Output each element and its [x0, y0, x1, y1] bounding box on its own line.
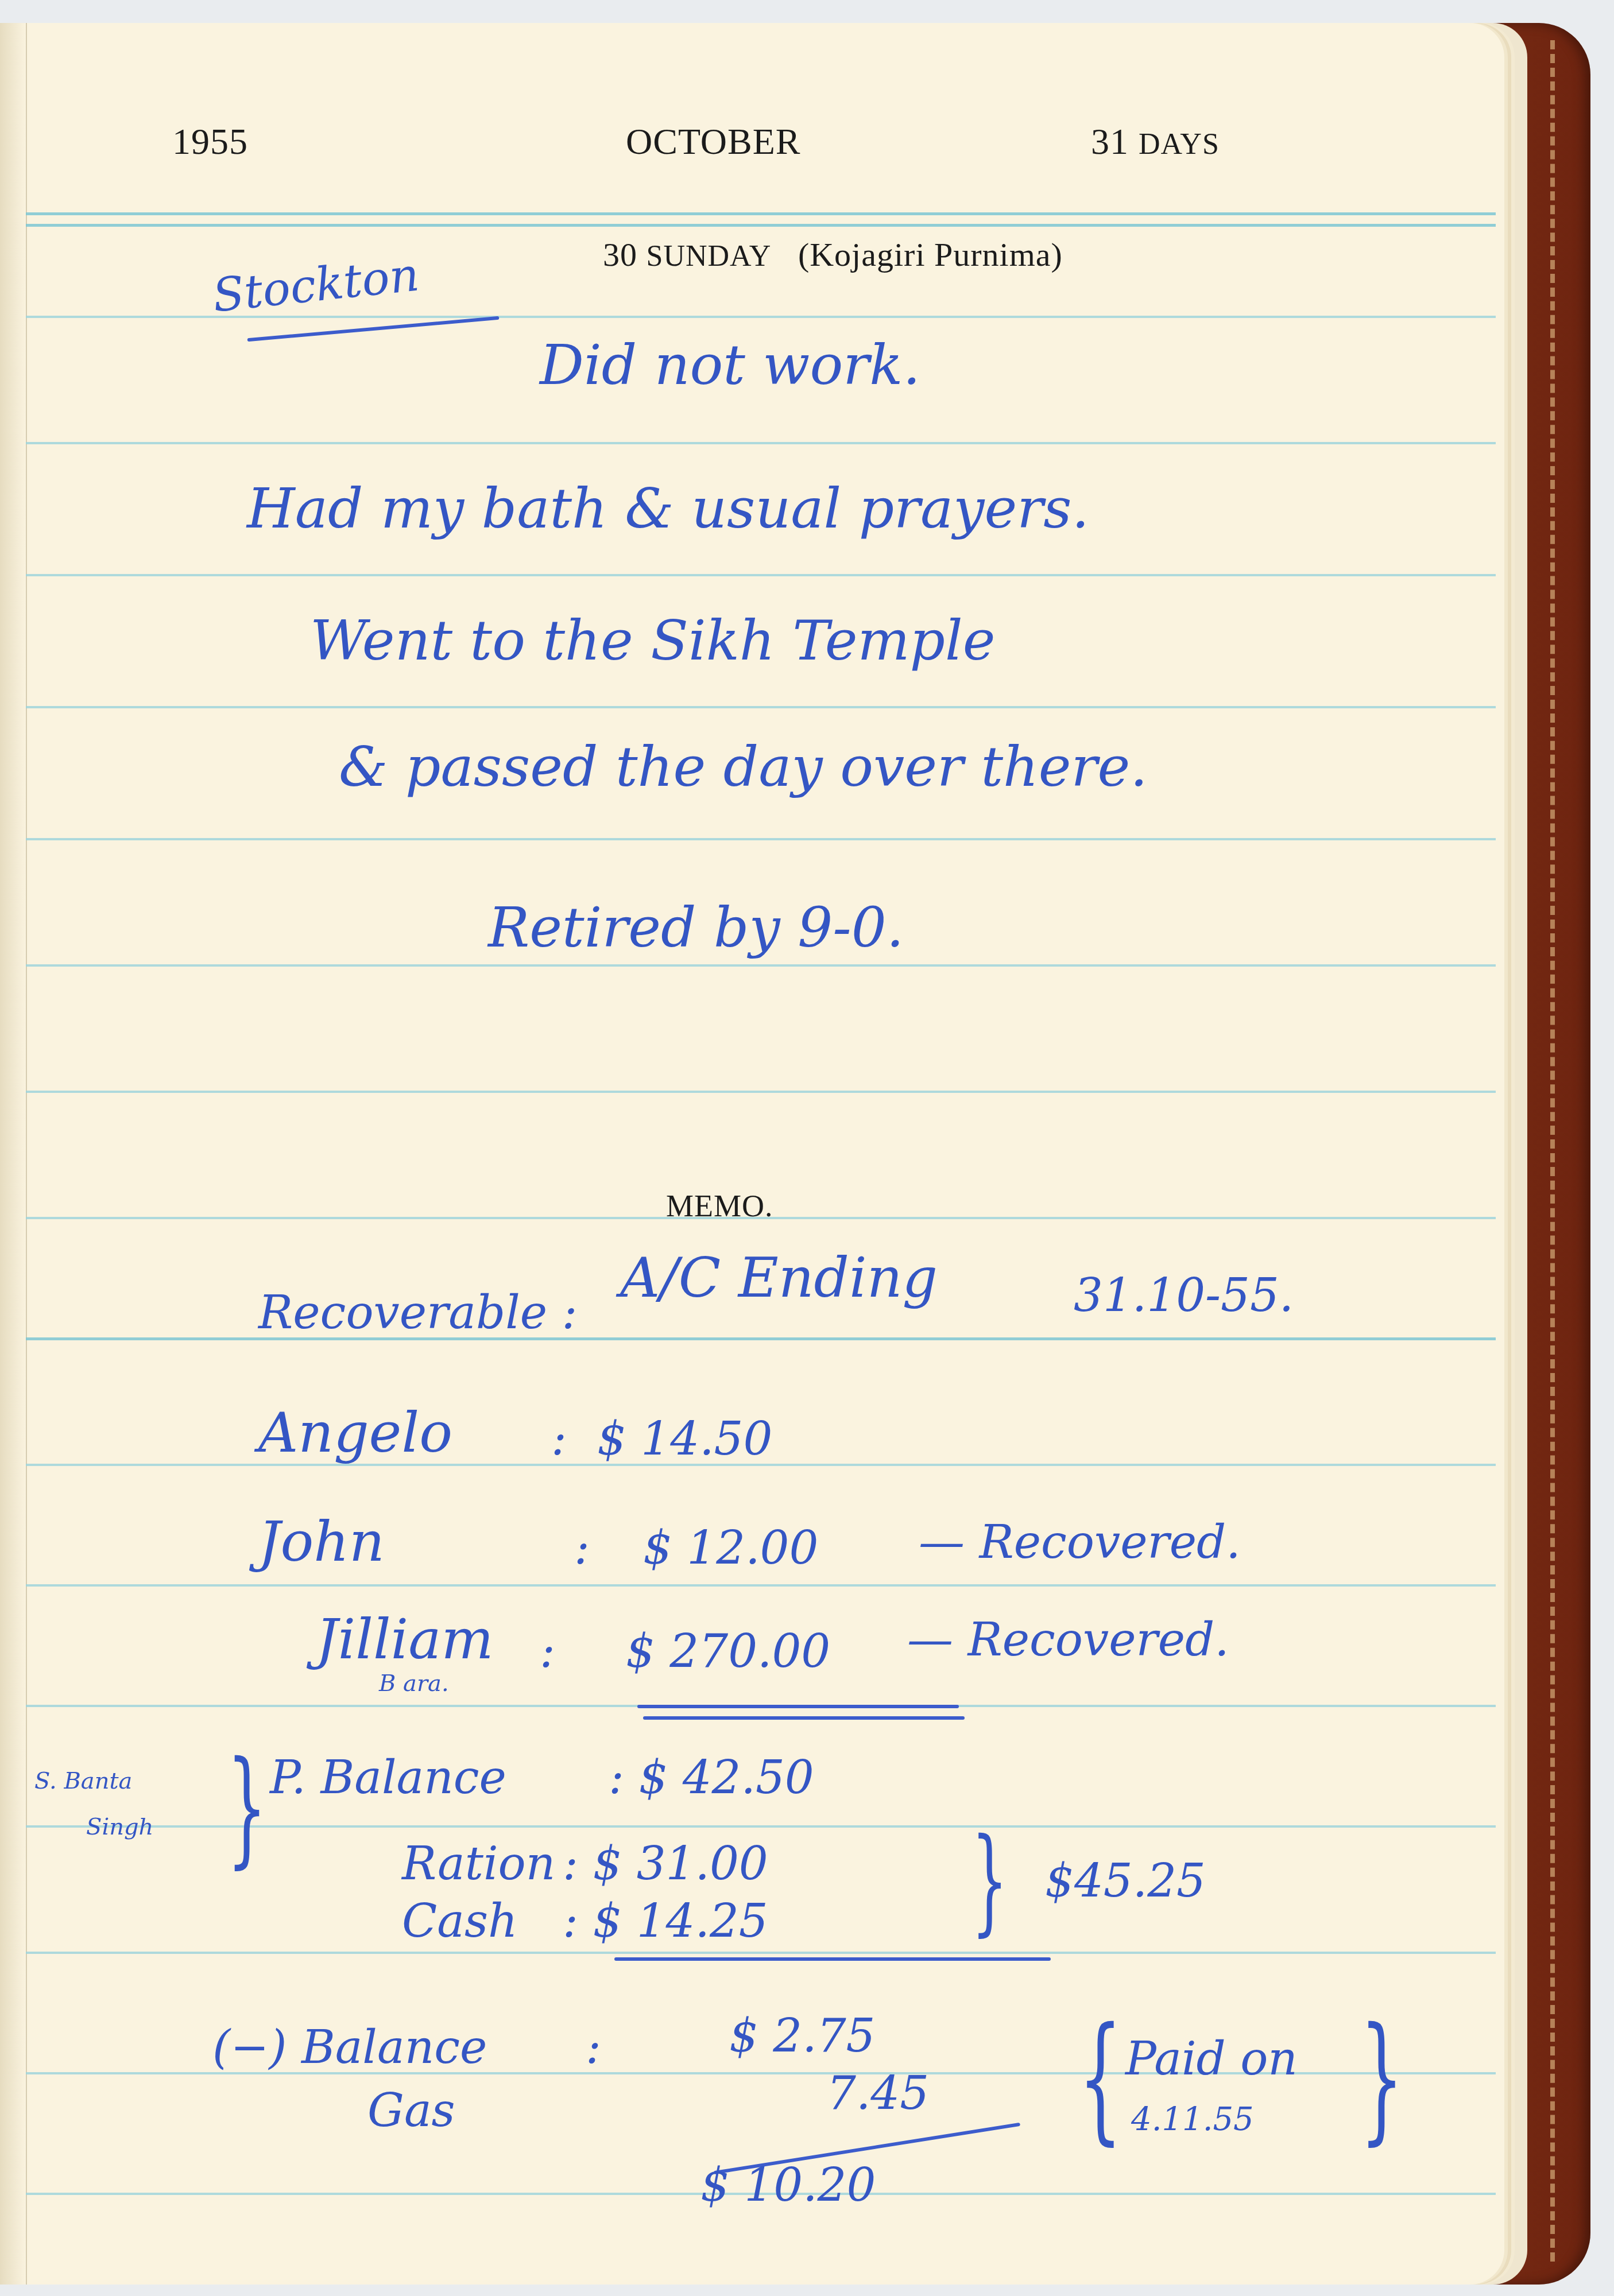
entry-line: Retired by 9-0.	[488, 895, 904, 960]
ruled-line	[26, 706, 1496, 708]
entry-location: Stockton	[210, 247, 421, 322]
p-balance-label: P. Balance	[270, 1751, 506, 1804]
memo-heading-text: A/C Ending	[620, 1246, 938, 1310]
memo-row-note: — Recovered.	[907, 1613, 1229, 1666]
memo-row-name: Angelo	[258, 1401, 452, 1465]
ruled-line	[26, 1952, 1496, 1954]
memo-heading-label: Recoverable :	[258, 1286, 578, 1339]
ruled-line	[26, 1584, 1496, 1587]
entry-line: Went to the Sikh Temple	[310, 608, 996, 673]
balance-sep: :	[586, 2020, 601, 2074]
days-count: 31 DAYS	[1091, 121, 1220, 163]
memo-row-sep: :	[551, 1412, 567, 1465]
ruled-line	[26, 574, 1496, 576]
header-rule	[26, 212, 1496, 215]
cash-amount: : $ 14.25	[563, 1894, 768, 1948]
paid-note: Paid on	[1125, 2032, 1298, 2085]
day-heading: 30 SUNDAY (Kojagiri Purnima)	[603, 235, 1063, 274]
banta-side-label: Singh	[86, 1814, 153, 1840]
memo-rule	[26, 1337, 1496, 1340]
paid-left-brace: {	[1078, 1998, 1122, 2158]
memo-row-sep: :	[574, 1521, 590, 1574]
subtotal-underline	[614, 1957, 1051, 1961]
day-observance: (Kojagiri Purnima)	[798, 236, 1063, 273]
year-label: 1955	[172, 121, 248, 163]
entry-line: Did not work.	[540, 333, 920, 397]
cover-stitching	[1550, 40, 1555, 2262]
location-underline	[247, 316, 500, 342]
right-brace: }	[972, 1814, 1008, 1948]
balance-label: (−) Balance	[212, 2020, 487, 2074]
memo-row-amount: $ 270.00	[626, 1624, 830, 1678]
ruled-line	[26, 964, 1496, 967]
month-label: OCTOBER	[626, 121, 801, 163]
amount-underline	[637, 1705, 959, 1708]
ruled-line	[26, 1091, 1496, 1093]
memo-title: MEMO.	[666, 1188, 773, 1224]
gas-label: Gas	[367, 2084, 455, 2137]
days-number: 31	[1091, 121, 1129, 162]
day-weekday: SUNDAY	[647, 240, 772, 273]
memo-row-sub: B ara.	[379, 1670, 449, 1697]
memo-row-sep: :	[540, 1624, 555, 1678]
memo-row-name: Jilliam	[316, 1607, 494, 1671]
paid-date: 4.11.55	[1131, 2101, 1254, 2138]
binding-gutter	[0, 23, 27, 2285]
ration-label: Ration	[402, 1837, 555, 1890]
amount-underline	[643, 1716, 965, 1720]
header-rule	[26, 224, 1496, 227]
memo-row-amount: $ 14.50	[597, 1412, 772, 1465]
days-label: DAYS	[1139, 128, 1220, 161]
memo-row-note: — Recovered.	[919, 1515, 1241, 1569]
ration-amount: : $ 31.00	[563, 1837, 768, 1890]
memo-row-name: John	[258, 1510, 385, 1574]
balance-total: $ 10.20	[700, 2158, 876, 2212]
memo-heading-date: 31.10-55.	[1074, 1269, 1294, 1322]
entry-line: Had my bath & usual prayers.	[247, 476, 1089, 541]
day-date: 30	[603, 236, 637, 273]
memo-row-amount: $ 12.00	[643, 1521, 818, 1574]
left-brace: }	[227, 1733, 267, 1880]
entry-line: & passed the day over there.	[339, 735, 1148, 799]
balance-amount: $ 2.75	[729, 2009, 875, 2062]
diary-page: 1955 OCTOBER 31 DAYS 30 SUNDAY (Kojagiri…	[0, 23, 1504, 2285]
ruled-line	[26, 442, 1496, 444]
ruled-line	[26, 838, 1496, 840]
cash-label: Cash	[402, 1894, 517, 1948]
banta-subtotal: $45.25	[1045, 1854, 1206, 1907]
p-balance-amount: : $ 42.50	[609, 1751, 814, 1804]
paid-right-brace: }	[1360, 1998, 1403, 2158]
gas-amount: 7.45	[827, 2066, 929, 2120]
banta-side-label: S. Banta	[34, 1768, 132, 1794]
